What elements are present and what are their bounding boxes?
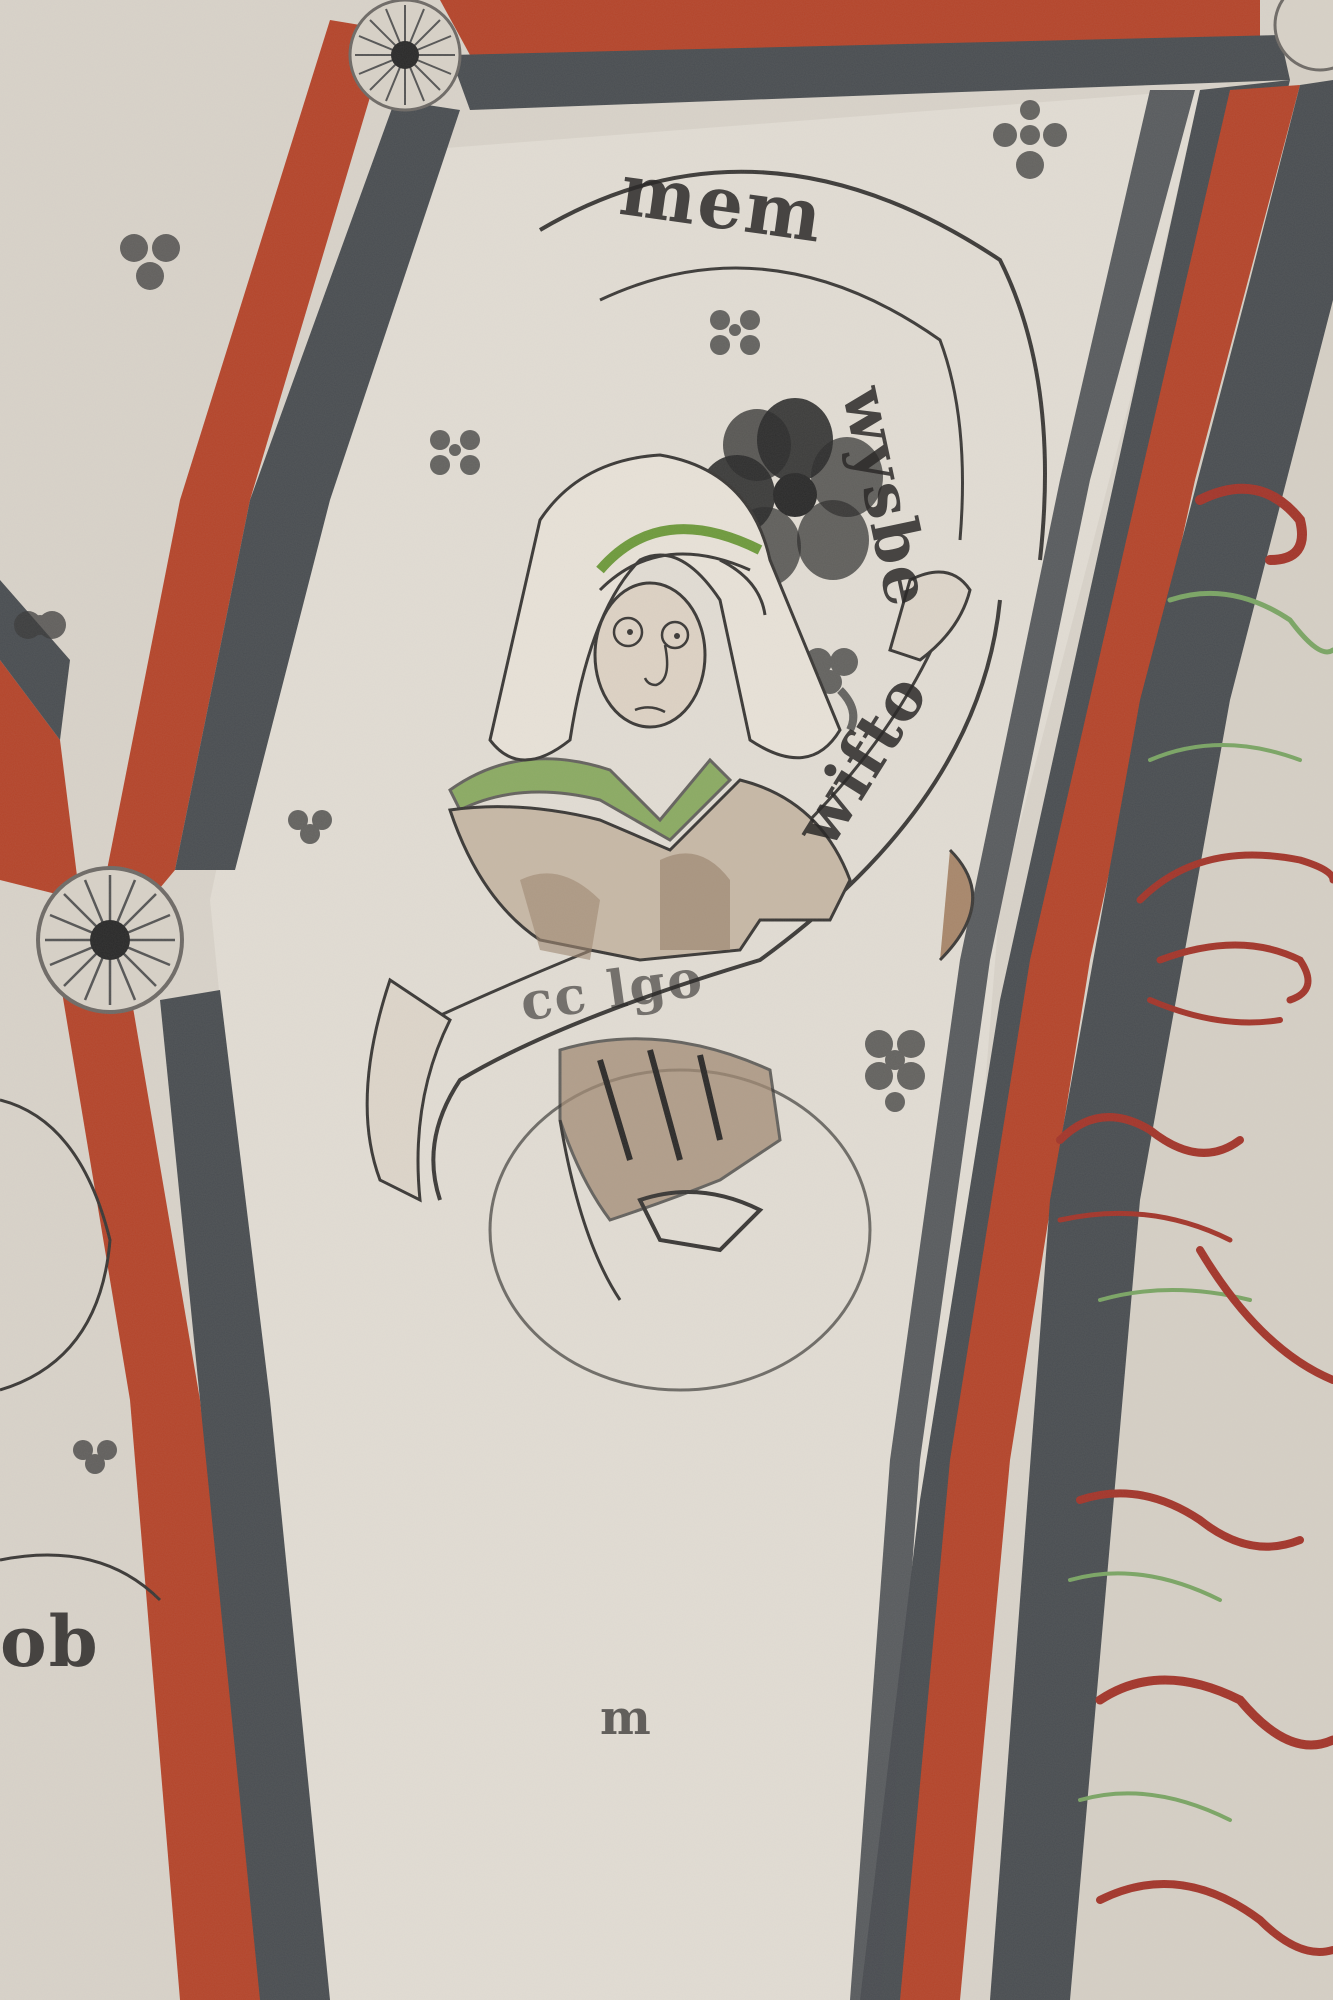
inscription-bottom-fragment: m (600, 1690, 653, 1746)
inscription-left-fragment: ob (0, 1600, 100, 1683)
fresco-scene: mem wysbe wifto cc lgo ob m (0, 0, 1333, 2000)
